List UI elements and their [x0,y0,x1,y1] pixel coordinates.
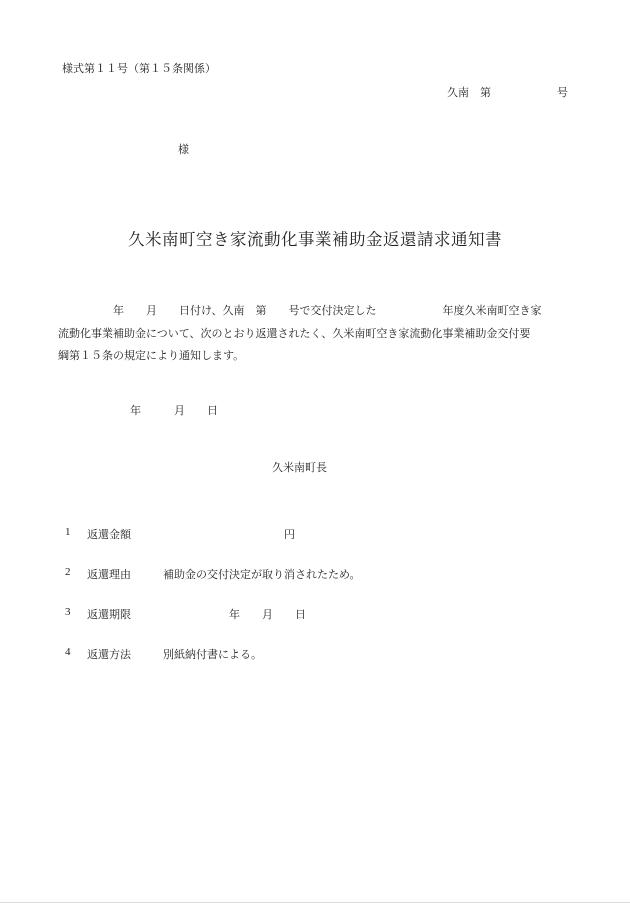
item-label: 返還理由 [87,566,131,582]
item-number: 2 [65,566,71,578]
item-value: 補助金の交付決定が取り消されたため。 [163,566,361,582]
item-number: 4 [65,646,71,658]
body-paragraph-line-1: 年 月 日付け、久南 第 号で交付決定した 年度久米南町空き家 [58,305,542,318]
issue-date-line: 年 月 日 [130,405,218,418]
item-label: 返還方法 [87,646,131,662]
item-row-return-reason: 2 返還理由 補助金の交付決定が取り消されたため。 [0,566,630,579]
document-page: 様式第１１号（第１５条関係） 久南 第 号 様 久米南町空き家流動化事業補助金返… [0,0,630,903]
item-value: 別紙納付書による。 [163,646,262,662]
item-value: 年 月 日 [163,606,306,622]
item-row-return-deadline: 3 返還期限 年 月 日 [0,606,630,619]
item-number: 1 [65,526,71,538]
document-title: 久米南町空き家流動化事業補助金返還請求通知書 [0,231,630,249]
item-number: 3 [65,606,71,618]
item-value: 円 [163,526,295,542]
item-row-return-method: 4 返還方法 別紙納付書による。 [0,646,630,659]
item-label: 返還期限 [87,606,131,622]
issuer-signature: 久米南町長 [272,462,327,475]
form-number: 様式第１１号（第１５条関係） [62,63,216,76]
body-paragraph-line-3: 綱第１５条の規定により通知します。 [58,350,244,363]
item-row-return-amount: 1 返還金額 円 [0,526,630,539]
addressee-suffix: 様 [178,144,189,157]
body-paragraph-line-2: 流動化事業補助金について、次のとおり返還されたく、久米南町空き家流動化事業補助金… [58,328,530,341]
item-label: 返還金額 [87,526,131,542]
document-number-line: 久南 第 号 [447,87,568,100]
